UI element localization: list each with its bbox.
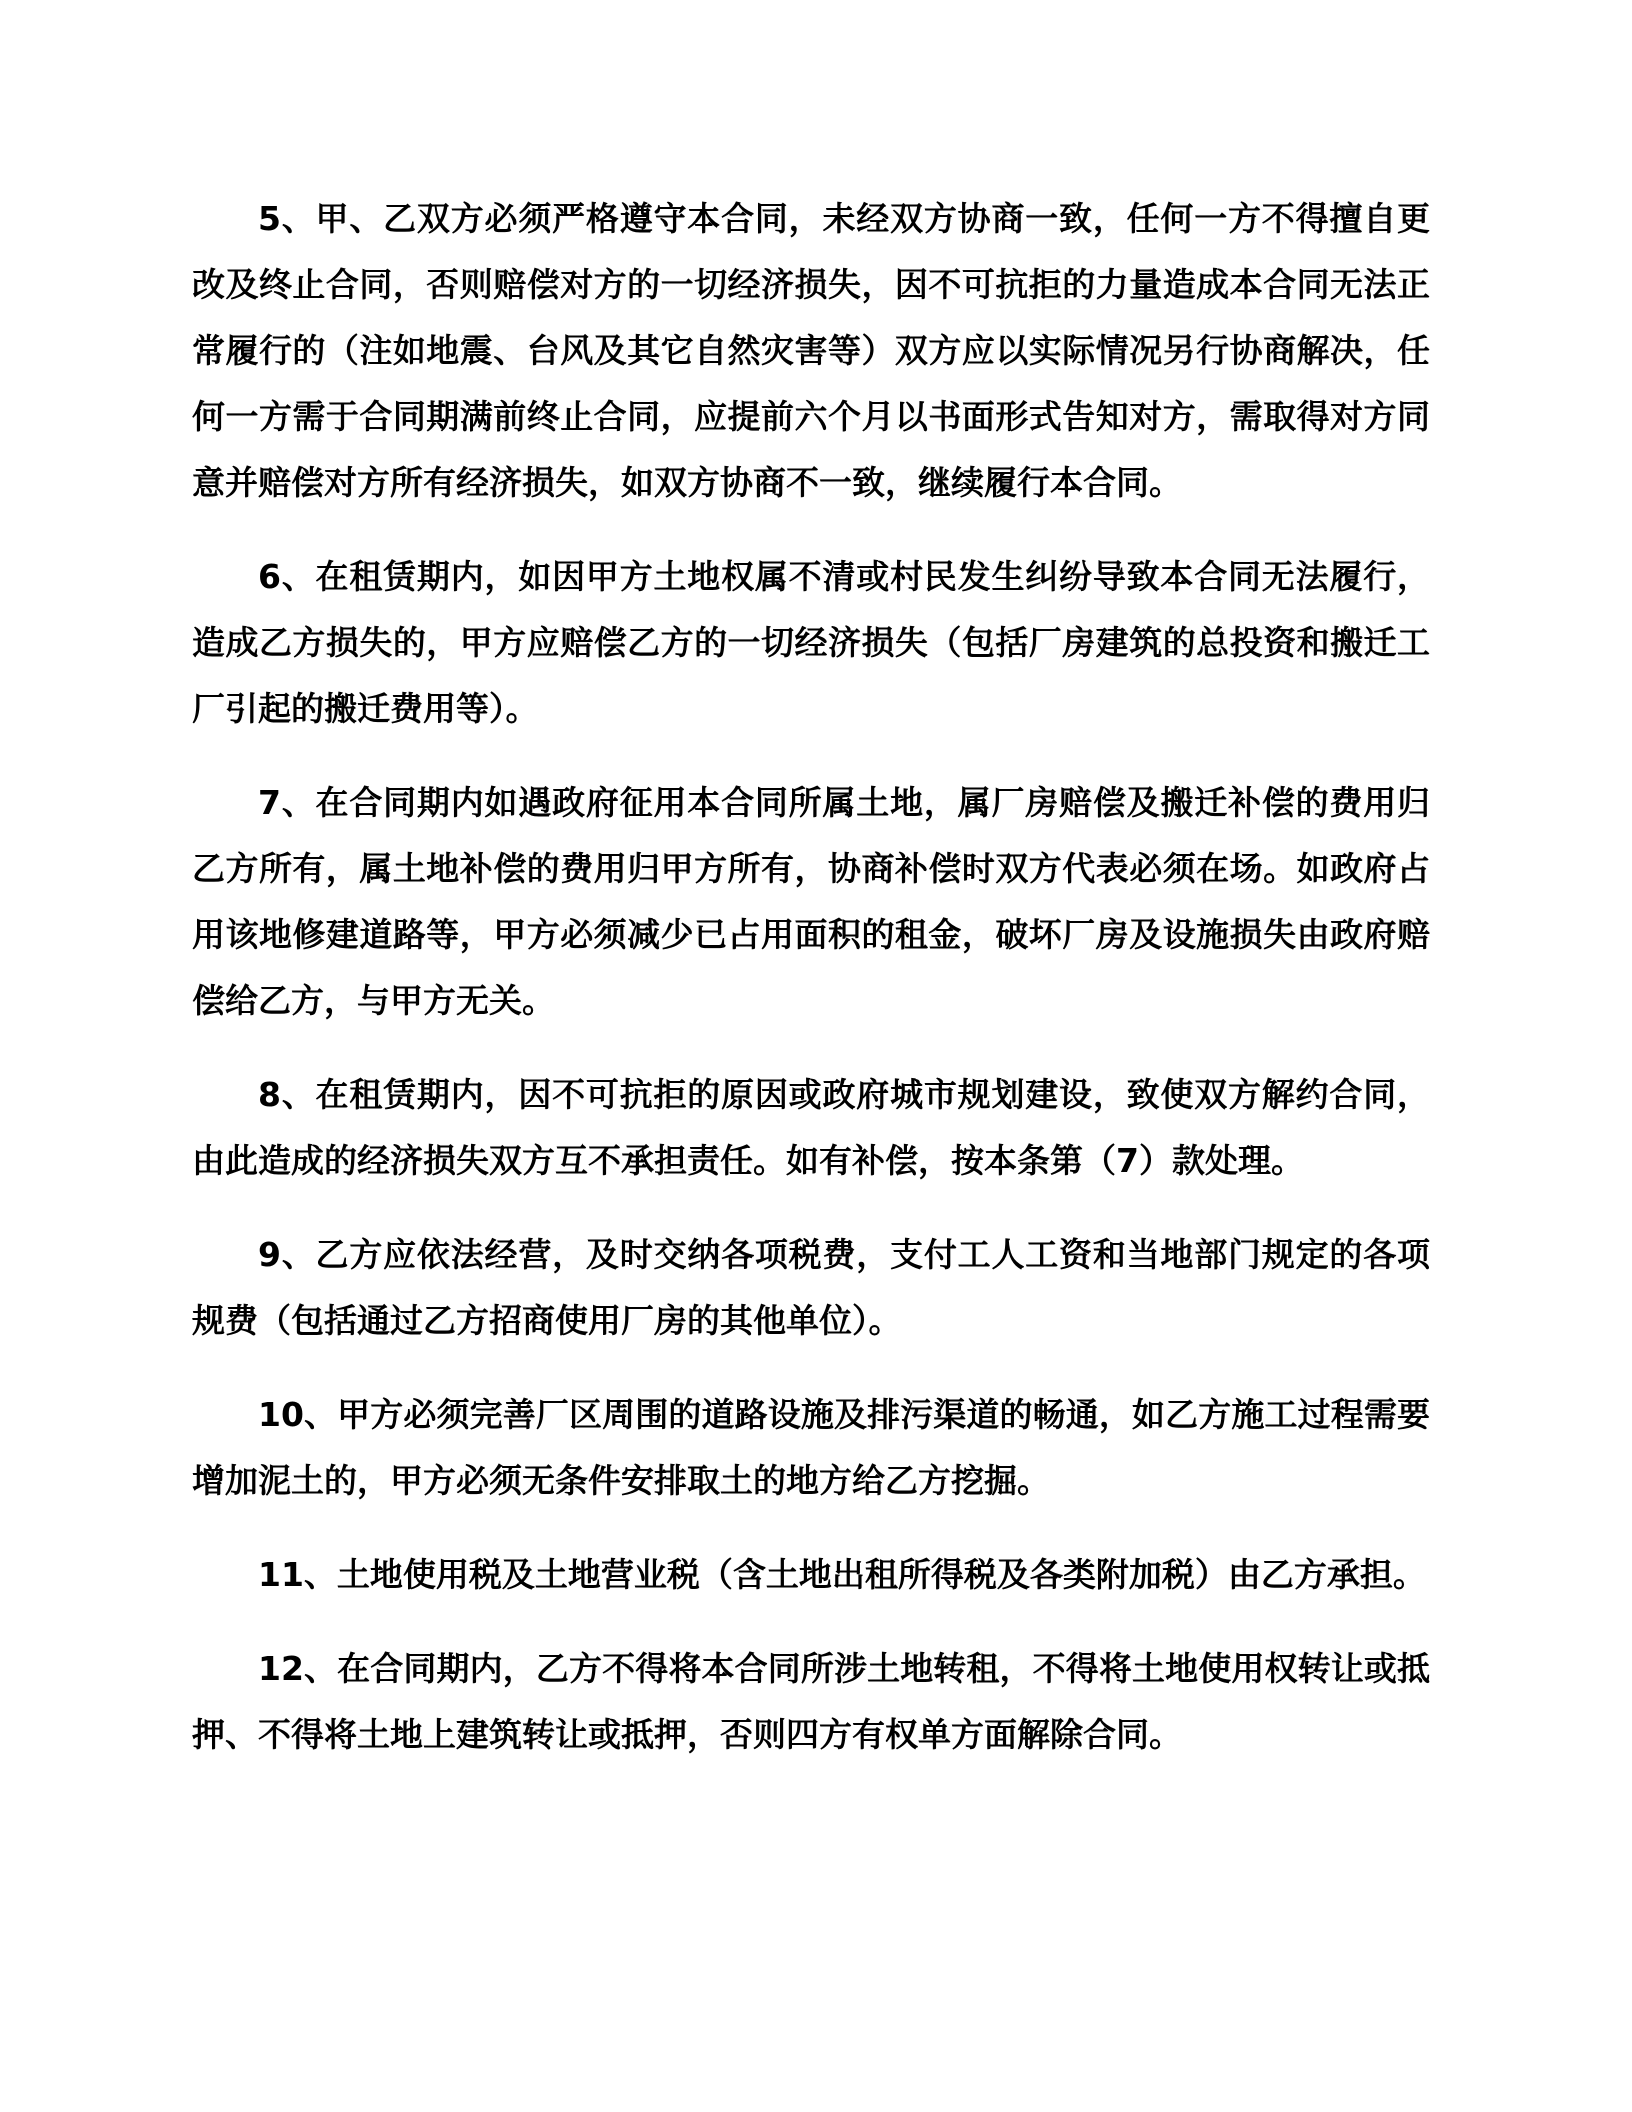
- contract-clause-7: 7、在合同期内如遇政府征用本合同所属土地，属厂房赔偿及搬迁补偿的费用归乙方所有，…: [192, 770, 1430, 1034]
- contract-clause-12: 12、在合同期内，乙方不得将本合同所涉土地转租，不得将土地使用权转让或抵押、不得…: [192, 1636, 1430, 1768]
- contract-clause-5: 5、甲、乙双方必须严格遵守本合同，未经双方协商一致，任何一方不得擅自更改及终止合…: [192, 186, 1430, 516]
- contract-clause-11: 11、土地使用税及土地营业税（含土地出租所得税及各类附加税）由乙方承担。: [192, 1542, 1430, 1608]
- contract-clause-8: 8、在租赁期内，因不可抗拒的原因或政府城市规划建设，致使双方解约合同，由此造成的…: [192, 1062, 1430, 1194]
- contract-clause-6: 6、在租赁期内，如因甲方土地权属不清或村民发生纠纷导致本合同无法履行，造成乙方损…: [192, 544, 1430, 742]
- contract-clause-10: 10、甲方必须完善厂区周围的道路设施及排污渠道的畅通，如乙方施工过程需要增加泥土…: [192, 1382, 1430, 1514]
- document-page: 5、甲、乙双方必须严格遵守本合同，未经双方协商一致，任何一方不得擅自更改及终止合…: [0, 0, 1632, 2112]
- contract-text-body: 5、甲、乙双方必须严格遵守本合同，未经双方协商一致，任何一方不得擅自更改及终止合…: [192, 186, 1430, 1768]
- contract-clause-9: 9、乙方应依法经营，及时交纳各项税费，支付工人工资和当地部门规定的各项规费（包括…: [192, 1222, 1430, 1354]
